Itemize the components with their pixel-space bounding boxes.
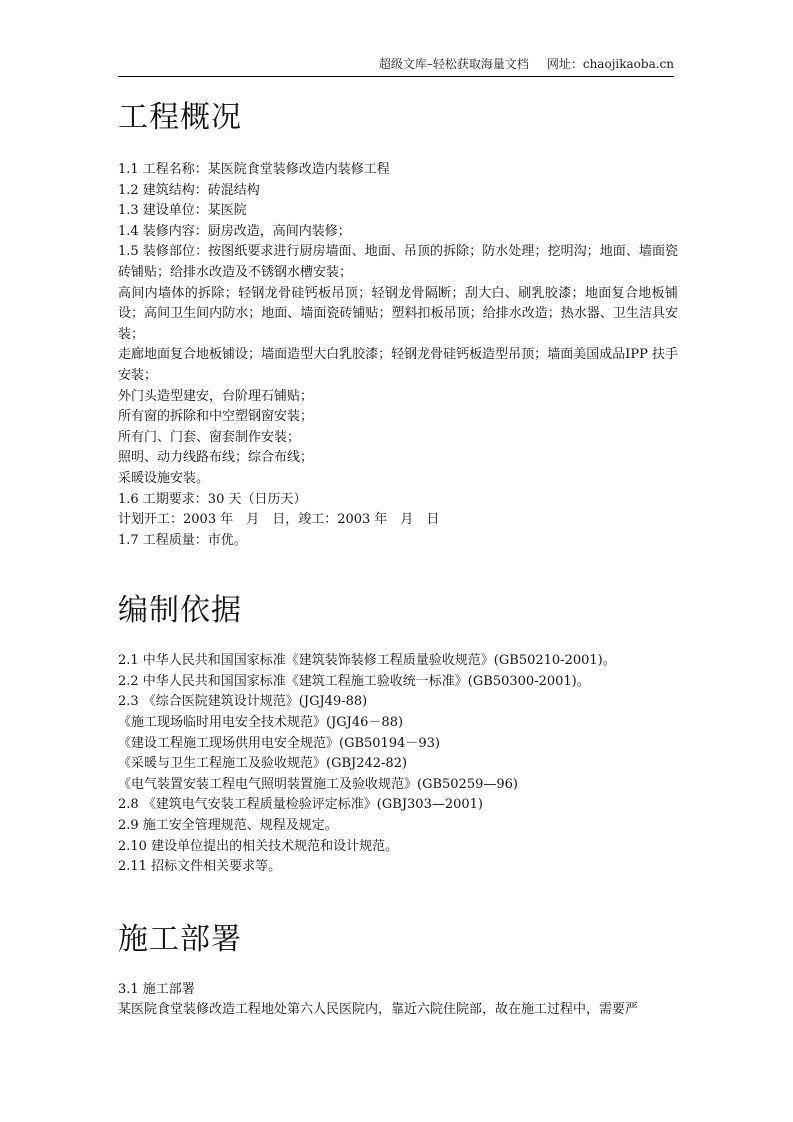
paragraph: 《电气装置安装工程电气照明装置施工及验收规范》(GB50259—96) <box>118 775 678 796</box>
page-header: 超级文库–轻松获取海量文档网址：chaojikaoba.cn <box>118 56 674 77</box>
paragraph: 《采暖与卫生工程施工及验收规范》(GBJ242-82) <box>118 754 678 775</box>
section-compilation-basis: 2.1 中华人民共和国国家标准《建筑装饰装修工程质量验收规范》(GB50210-… <box>118 651 678 878</box>
paragraph: 2.1 中华人民共和国国家标准《建筑装饰装修工程质量验收规范》(GB50210-… <box>118 651 678 672</box>
paragraph: 2.9 施工安全管理规范、规程及规定。 <box>118 816 678 837</box>
paragraph: 1.4 装修内容：厨房改造，高间内装修； <box>118 222 678 243</box>
paragraph: 2.8 《建筑电气安装工程质量检验评定标准》(GBJ303—2001) <box>118 795 678 816</box>
header-site-name: 超级文库–轻松获取海量文档 <box>379 57 529 71</box>
section-title-project-overview: 工程概况 <box>118 98 678 138</box>
paragraph: 高间内墙体的拆除；轻钢龙骨硅钙板吊顶；轻钢龙骨隔断；刮大白、刷乳胶漆；地面复合地… <box>118 284 678 346</box>
paragraph: 走廊地面复合地板铺设；墙面造型大白乳胶漆；轻钢龙骨硅钙板造型吊顶；墙面美国成品I… <box>118 345 678 386</box>
paragraph: 1.2 建筑结构：砖混结构 <box>118 181 678 202</box>
paragraph: 采暖设施安装。 <box>118 469 678 490</box>
paragraph: 1.5 装修部位：按图纸要求进行厨房墙面、地面、吊顶的拆除；防水处理；挖明沟；地… <box>118 242 678 283</box>
paragraph: 1.6 工期要求：30 天（日历天） <box>118 490 678 511</box>
paragraph: 2.3 《综合医院建筑设计规范》(JGJ49-88) <box>118 692 678 713</box>
section-project-overview: 1.1 工程名称：某医院食堂装修改造内装修工程 1.2 建筑结构：砖混结构 1.… <box>118 160 678 551</box>
section-construction-deployment: 3.1 施工部署 某医院食堂装修改造工程地处第六人民医院内，靠近六院住院部，故在… <box>118 980 678 1021</box>
paragraph: 《建设工程施工现场供用电安全规范》(GB50194－93) <box>118 734 678 755</box>
paragraph: 某医院食堂装修改造工程地处第六人民医院内，靠近六院住院部，故在施工过程中，需要严 <box>118 1000 678 1021</box>
paragraph: 《施工现场临时用电安全技术规范》(JGJ46－88) <box>118 713 678 734</box>
header-url: 网址：chaojikaoba.cn <box>547 57 674 71</box>
section-title-construction-deployment: 施工部署 <box>118 920 678 960</box>
paragraph: 3.1 施工部署 <box>118 980 678 1001</box>
section-title-compilation-basis: 编制依据 <box>118 591 678 631</box>
paragraph: 1.1 工程名称：某医院食堂装修改造内装修工程 <box>118 160 678 181</box>
paragraph: 计划开工：2003 年 月 日，竣工：2003 年 月 日 <box>118 510 678 531</box>
paragraph: 外门头造型建安，台阶理石铺贴； <box>118 387 678 408</box>
paragraph: 1.3 建设单位：某医院 <box>118 201 678 222</box>
paragraph: 照明、动力线路布线；综合布线； <box>118 448 678 469</box>
document-body: 工程概况 1.1 工程名称：某医院食堂装修改造内装修工程 1.2 建筑结构：砖混… <box>118 86 678 1021</box>
paragraph: 2.2 中华人民共和国国家标准《建筑工程施工验收统一标准》(GB50300-20… <box>118 672 678 693</box>
paragraph: 2.11 招标文件相关要求等。 <box>118 857 678 878</box>
paragraph: 所有门、门套、窗套制作安装； <box>118 428 678 449</box>
paragraph: 所有窗的拆除和中空塑钢窗安装； <box>118 407 678 428</box>
paragraph: 1.7 工程质量：市优。 <box>118 531 678 552</box>
paragraph: 2.10 建设单位提出的相关技术规范和设计规范。 <box>118 837 678 858</box>
